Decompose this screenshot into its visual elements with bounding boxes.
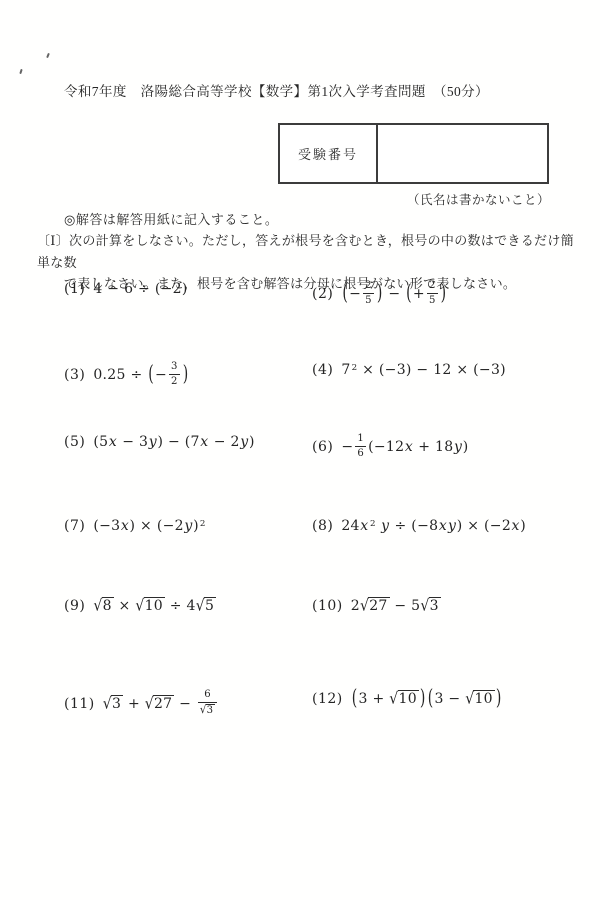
problem-expression: 2√27 − 5√3 xyxy=(351,598,441,614)
problem-number: (2) xyxy=(312,286,333,302)
problem-expression: √3 + √27 − 6√3 xyxy=(103,696,220,712)
problem-expression: √8 × √10 ÷ 4√5 xyxy=(93,598,216,614)
exam-number-label: 受験番号 xyxy=(280,125,378,182)
problem-11: (11)√3 + √27 − 6√3 xyxy=(64,690,312,717)
problem-4: (4)72 × (−3) − 12 × (−3) xyxy=(312,362,506,378)
problem-8: (8)24x2 y ÷ (−8xy) × (−2x) xyxy=(312,518,526,534)
problem-number: (8) xyxy=(312,518,333,534)
answer-instruction: ◎解答は解答用紙に記入すること。 xyxy=(64,209,278,228)
problem-expression: (5x − 3y) − (7x − 2y) xyxy=(93,434,254,450)
problem-number: (10) xyxy=(312,598,343,614)
problem-number: (9) xyxy=(64,598,85,614)
problem-number: (1) xyxy=(64,281,85,297)
scan-mark-icon xyxy=(19,69,22,74)
problem-1: (1)4 − 6 ÷ (−2) xyxy=(64,281,312,297)
name-note: （氏名は書かないこと） xyxy=(278,190,550,208)
problem-number: (4) xyxy=(312,362,333,378)
problems-row-5: (9)√8 × √10 ÷ 4√5(10)2√27 − 5√3 xyxy=(64,597,584,615)
problems-row-1: (1)4 − 6 ÷ (−2)(2)(−25) − (+25) xyxy=(64,281,584,307)
problem-expression: 72 × (−3) − 12 × (−3) xyxy=(341,362,506,378)
problems-row-3: (5)(5x − 3y) − (7x − 2y)(6)−16(−12x + 18… xyxy=(64,434,584,460)
problem-12: (12)(3 + √10)(3 − √10) xyxy=(312,690,503,707)
problem-expression: −16(−12x + 18y) xyxy=(341,439,468,455)
problem-number: (7) xyxy=(64,518,85,534)
problem-expression: 0.25 ÷ (−32) xyxy=(93,367,189,383)
problem-number: (11) xyxy=(64,696,95,712)
exam-number-field xyxy=(378,125,547,182)
problem-number: (6) xyxy=(312,439,333,455)
problems-row-4: (7)(−3x) × (−2y)2(8)24x2 y ÷ (−8xy) × (−… xyxy=(64,518,584,536)
exam-sheet: 令和7年度 洛陽総合高等学校【数学】第1次入学考査問題 （50分） 受験番号 （… xyxy=(0,0,600,900)
problem-expression: 24x2 y ÷ (−8xy) × (−2x) xyxy=(341,518,526,534)
problem-number: (12) xyxy=(312,691,343,707)
problem-5: (5)(5x − 3y) − (7x − 2y) xyxy=(64,434,312,450)
problem-6: (6)−16(−12x + 18y) xyxy=(312,434,468,460)
problems-row-6: (11)√3 + √27 − 6√3(12)(3 + √10)(3 − √10) xyxy=(64,690,584,717)
problem-number: (5) xyxy=(64,434,85,450)
page-title: 令和7年度 洛陽総合高等学校【数学】第1次入学考査問題 （50分） xyxy=(64,80,489,100)
problem-expression: (3 + √10)(3 − √10) xyxy=(351,691,503,707)
problem-7: (7)(−3x) × (−2y)2 xyxy=(64,518,312,534)
problems-row-2: (3)0.25 ÷ (−32)(4)72 × (−3) − 12 × (−3) xyxy=(64,362,584,388)
problem-9: (9)√8 × √10 ÷ 4√5 xyxy=(64,597,312,614)
problem-expression: (−25) − (+25) xyxy=(341,286,447,302)
problem-10: (10)2√27 − 5√3 xyxy=(312,597,441,614)
instruction-line1: 次の計算をしなさい。ただし，答えが根号を含むとき，根号の中の数はできるだけ簡単な… xyxy=(37,233,574,270)
section-label: 〔Ⅰ〕 xyxy=(37,233,69,248)
scan-mark-icon xyxy=(46,53,50,58)
problem-3: (3)0.25 ÷ (−32) xyxy=(64,362,312,388)
problem-number: (3) xyxy=(64,367,85,383)
exam-number-box: 受験番号 xyxy=(278,123,549,184)
problem-2: (2)(−25) − (+25) xyxy=(312,281,447,307)
instruction-line1-wrap: 〔Ⅰ〕次の計算をしなさい。ただし，答えが根号を含むとき，根号の中の数はできるだけ… xyxy=(37,230,582,273)
problem-expression: (−3x) × (−2y)2 xyxy=(93,518,205,534)
problem-expression: 4 − 6 ÷ (−2) xyxy=(93,281,187,297)
scanned-exam-page: { "page": { "title": "令和7年度 洛陽総合高等学校【数学】… xyxy=(0,0,600,900)
